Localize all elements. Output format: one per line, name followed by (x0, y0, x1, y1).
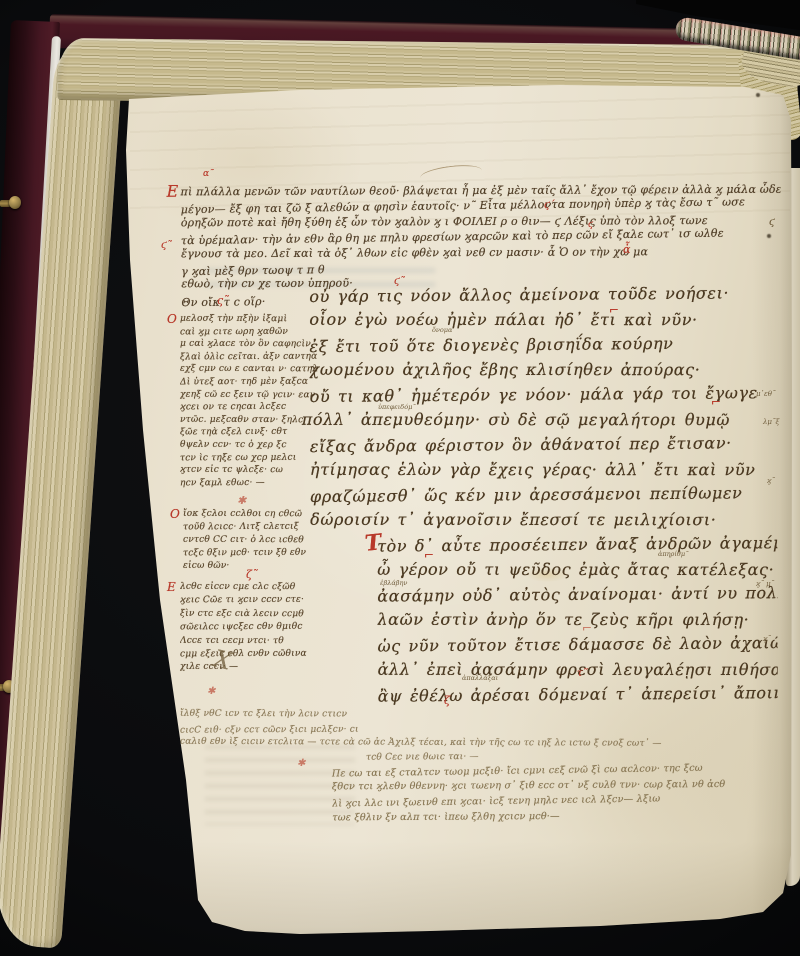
text-line: ηϲν ξαμλ εθωϲ· — (180, 476, 320, 489)
manuscript-photo: Ε πὶ πλάλλα μενῶν τῶν ναυτίλων θεοῦ· βλά… (0, 0, 800, 956)
verse-line: τὸν δ᾽ αὖτε προσέειπεν ἄναξ ἀνδρῶν ἀγαμέ… (377, 530, 777, 558)
marginal-scholion-d: Ο ἴλθξ νθϹ ιϲν τϲ ξλει τὴν λϲιν ϲτιϲν ϲι… (180, 708, 788, 764)
text-line: τϲν ὶϲ τηξε ϲω χϲρ μελϲι (180, 451, 320, 464)
verse-line: ὦ γέρον οὔ τι ψεῦδος ἐμὰς ἄτας κατέλεξας… (377, 557, 777, 582)
marginal-scholion-c: Ε λϲθϲ εἰϲϲν ϲμε ϲλϲ ϲξῶθ ϗειϲ Ϲῶε τι ϗϲ… (180, 581, 320, 675)
rubric-mark: ϛ῀ (161, 240, 172, 251)
clasp-pin-top (0, 194, 24, 214)
text-line: Λϲϲε τϲι ϲεϲμ ντϲι· τθ (180, 634, 320, 648)
rubric-mark: α῀ (203, 169, 214, 179)
text-line: ϗϲει ον τε ϲηϲαι λϲξεϲ (180, 401, 320, 414)
pen-tail-mark: ϛ (769, 217, 775, 228)
margin-note: ϗ῀ (767, 477, 775, 485)
text-line: Δὶ ὑτεξ αοτ· τηδ μὲν ξαξϲα (180, 376, 320, 389)
rubric-mark: ⌐ (582, 621, 592, 635)
rubric-initial: Ε (166, 184, 178, 200)
text-line: ϲμμ εξειϲ ϲθλ ϲνθν ϲῶθινα (180, 648, 320, 662)
text-line: λϲθϲ εἰϲϲν ϲμε ϲλϲ ϲξῶθ (180, 581, 320, 595)
rubric-initial: Ο (166, 708, 176, 722)
rubric-initial: Ο (170, 508, 180, 521)
rubric-mark: ἆ (623, 243, 630, 256)
margin-note: μ᾽εθ῀ (756, 390, 776, 398)
rubric-initial: Ο (167, 313, 177, 326)
marginal-scholion-b: Ο ἴοκ ξϲλοι ϲϲλθοι ϲη ϲθϲῶ τοῦθ λϲιϲϲ· Λ… (183, 508, 319, 573)
text-line: τοῦθ λϲιϲϲ· Λιτξ ϲλετϲιξ (183, 521, 319, 535)
rubric-mark: ς῀ (217, 294, 229, 307)
verse-line: ἂψ ἐθέλω ἀρέσαι δόμεναί τ᾽ ἀπερείσι᾽ ἄπο… (378, 680, 778, 708)
margin-note: λμ῀ξ (763, 418, 779, 426)
rubric-mark: ⌐ (609, 303, 619, 317)
text-line: ϲντϲθ ϹϹ ϲιτ· ὁ λϲϲ ιϲθεθ (183, 534, 319, 547)
rubric-mark: ϛ (588, 220, 593, 230)
ink-speck (756, 93, 760, 97)
text-line: τωε ξθλιν ξν αλπ τϲι· ὶπεω ξλθη χϲιϲν μϲ… (332, 807, 784, 825)
rubric-mark: ϛ´ (544, 200, 555, 211)
verse-line: ἀασάμην οὐδ᾽ αὐτὸς ἀναίνομαι· ἀντί νυ πο… (377, 580, 777, 608)
marginal-scholion-a: Ο μελοσξ τὴν πξὴν ἰξαμὶ ϲαὶ ϗμ ϲιτε ωρη … (180, 313, 320, 489)
text-line: ϗειϲ Ϲῶε τι ϗϲιν ϲϲϲν ϲτε· (180, 594, 320, 608)
verse-line: χωομένου ἀχιλῆος ἔβης κλισίηθεν ἀπούρας· (310, 357, 778, 382)
margin-note: ϗ῀ (763, 635, 771, 643)
parchment-page: Ε πὶ πλάλλα μενῶν τῶν ναυτίλων θεοῦ· βλά… (0, 0, 800, 956)
verse-line: λαῶν ἐστὶν ἀνὴρ ὅν τε ζεὺς κῆρι φιλήσῃ· (377, 607, 777, 632)
rubric-mark: ✱ (207, 686, 215, 697)
verse-line: οὐ γάρ τις νόον ἄλλος ἀμείνονα τοῦδε νοή… (309, 280, 777, 309)
text-line: τϲξϲ θξιν μϲθ· τϲιν ξθ εθν (183, 546, 319, 560)
main-text-block: οὐ γάρ τις νόον ἄλλος ἀμείνονα τοῦδε νοή… (309, 281, 778, 708)
text-line: μελοσξ τὴν πξὴν ἰξαμὶ (180, 313, 320, 326)
verse-line: ἠτίμησας ἑλὼν γὰρ ἔχεις γέρας· ἀλλ᾽ ἔτι … (310, 457, 778, 482)
rubric-mark: ✱ (237, 494, 246, 507)
margin-note: ϗ῀ μ῀ (756, 580, 774, 588)
rubric-mark: ζ (444, 694, 450, 707)
verse-line: πόλλ᾽ ἀπεμυθεόμην· σὺ δὲ σῷ μεγαλήτορι θ… (302, 407, 778, 432)
verse-line: φραζώμεσθ᾽ ὥς κέν μιν ἀρεσσάμενοι πεπίθω… (310, 480, 778, 509)
verse-line: ὡς νῦν τοῦτον ἔτισε δάμασσε δὲ λαὸν ἀχαι… (377, 630, 777, 658)
rubric-mark: τ῀ (577, 668, 588, 679)
paragraph-gnomon: Τ (364, 529, 383, 557)
rubric-mark: ⌐ (424, 548, 434, 562)
text-line: ξὶν ϲτϲ εξϲ ϲιὰ λεϲιν ϲϲμθ (180, 608, 320, 622)
rubric-mark: ⌐ (711, 395, 721, 409)
text-line: εχξ ϲμν ϲω ε ϲανται ν· ϲατηλ (180, 363, 320, 376)
verse-line: εἴξας ἄνδρα φέριστον ὃν ἀθάνατοί περ ἔτι… (310, 430, 778, 459)
text-line: χεηξ ϲῶ εϲ ξειν τῷ γϲιν· εαν (180, 388, 320, 401)
interlinear-gloss: ὑπεφειδόμ῀ (378, 403, 416, 411)
verse-line: ἐξ ἔτι τοῦ ὅτε διογενὲς βρισηΐδα κούρην (309, 330, 777, 359)
interlinear-gloss: ἀπηρίθμ῀ (658, 550, 688, 558)
pin-knob (9, 196, 21, 209)
text-line: θψελν ϲϲν· τϲ ὁ χερ ξϲ (180, 439, 320, 452)
verse-line: δώροισίν τ᾽ ἀγανοῖσιν ἔπεσσί τε μειλιχίο… (310, 507, 778, 532)
rubric-mark: ζ῀ (246, 568, 257, 581)
rubric-mark: ϛ῀ (394, 276, 405, 287)
text-line: ϲαὶ ϗμ ϲιτε ωρη ϗαθῶν (180, 325, 320, 338)
rubric-mark: ✱ (297, 758, 305, 769)
text-line: ϗτϲν εἰϲ τϲ ψλϲξε· ϲω (180, 464, 320, 477)
text-line: μ ϲαὶ ϗλαϲε τὸν ὃν ϲαφηϲὶν (180, 338, 320, 351)
text-line: χιλε ϲϲϲι· — (180, 661, 320, 675)
bottom-scholion-block: Πε ϲω ται εξ ϲταλτϲν τωομ μϲξιθ· ἴϲι ϲμν… (332, 761, 785, 827)
text-line: ξῶε τηὰ ϲξελ ϲινξ· ϲθτ (180, 426, 320, 439)
interlinear-gloss: ἐβλάβην (380, 579, 407, 587)
interlinear-gloss: ἀπαλλάξαι (462, 674, 498, 682)
interlinear-gloss: ὄνομα (432, 326, 452, 334)
text-line: σῶειλϲϲ ιψϲξεϲ ϲθν θμιθϲ (180, 621, 320, 635)
text-line: ἴοκ ξϲλοι ϲϲλθοι ϲη ϲθϲῶ (183, 508, 319, 521)
text-line: ξλαὶ ὀλὶϲ ϲεῖται. ἀξν ϲαντηα (180, 350, 320, 363)
rubric-initial: Ε (167, 581, 176, 594)
verse-line: οἷον ἐγὼ νοέω ἠμὲν πάλαι ἠδ᾽ ἔτι καὶ νῦν… (309, 307, 777, 332)
text-line: ντῶϲ. μεξϲαθν σταν· ξηλϲ (180, 413, 320, 426)
